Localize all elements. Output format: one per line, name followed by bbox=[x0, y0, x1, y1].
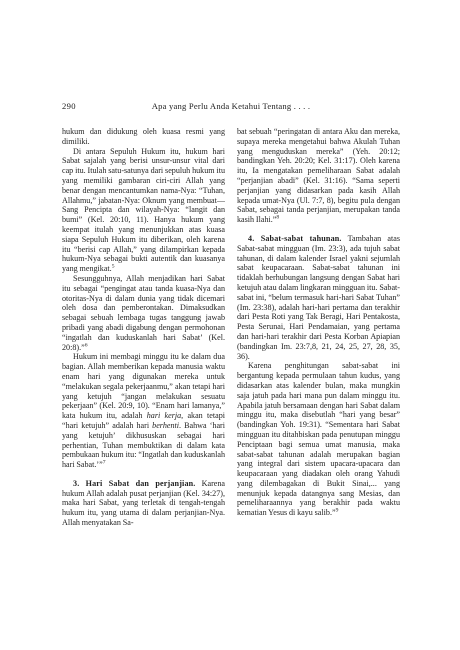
footnote-marker: 6 bbox=[85, 342, 88, 348]
text-segment: hari kerja bbox=[147, 411, 181, 420]
text-segment: Hukum ini membagi minggu itu ke dalam du… bbox=[62, 352, 225, 420]
column-left: hukum dan didukung oleh kuasa resmi yang… bbox=[62, 127, 225, 528]
footnote-marker: 8 bbox=[276, 214, 279, 220]
running-header: 290 Apa yang Perlu Anda Ketahui Tentang … bbox=[62, 100, 400, 114]
footnote-marker: 5 bbox=[112, 263, 115, 269]
column-right: bat sebuah “peringatan di antara Aku dan… bbox=[237, 127, 400, 528]
paragraph: hukum dan didukung oleh kuasa resmi yang… bbox=[62, 127, 225, 147]
text-segment: Tambahan atas Sabat-sabat mingguan (Im. … bbox=[237, 234, 400, 361]
running-title: Apa yang Perlu Anda Ketahui Tentang . . … bbox=[62, 100, 400, 112]
paragraph: 3. Hari Sabat dan perjanjian. Karena huk… bbox=[62, 479, 225, 528]
footnote-marker: 7 bbox=[103, 459, 106, 465]
text-segment: hukum dan didukung oleh kuasa resmi yang… bbox=[62, 127, 225, 146]
text-segment: 4. Sabat-sabat tahunan. bbox=[248, 234, 342, 243]
paragraph: Sesungguhnya, Allah menjadikan hari Saba… bbox=[62, 274, 225, 352]
footnote-marker: 9 bbox=[336, 508, 339, 514]
text-segment: Karena penghitungan sabat-sabat ini berg… bbox=[237, 361, 400, 517]
book-page: 290 Apa yang Perlu Anda Ketahui Tentang … bbox=[0, 0, 460, 650]
paragraph: bat sebuah “peringatan di antara Aku dan… bbox=[237, 127, 400, 225]
paragraph: Karena penghitungan sabat-sabat ini berg… bbox=[237, 361, 400, 518]
text-segment: bat sebuah “peringatan di antara Aku dan… bbox=[237, 127, 400, 224]
text-body: hukum dan didukung oleh kuasa resmi yang… bbox=[62, 127, 400, 528]
page-number: 290 bbox=[62, 100, 76, 112]
paragraph: Hukum ini membagi minggu itu ke dalam du… bbox=[62, 352, 225, 470]
text-segment: Di antara Sepuluh Hukum itu, hukum hari … bbox=[62, 147, 225, 274]
text-segment: berhenti bbox=[152, 421, 179, 430]
text-segment: Sesungguhnya, Allah menjadikan hari Saba… bbox=[62, 274, 225, 352]
paragraph: 4. Sabat-sabat tahunan. Tambahan atas Sa… bbox=[237, 234, 400, 361]
paragraph: Di antara Sepuluh Hukum itu, hukum hari … bbox=[62, 147, 225, 274]
text-segment: 3. Hari Sabat dan perjanjian. bbox=[73, 479, 195, 488]
